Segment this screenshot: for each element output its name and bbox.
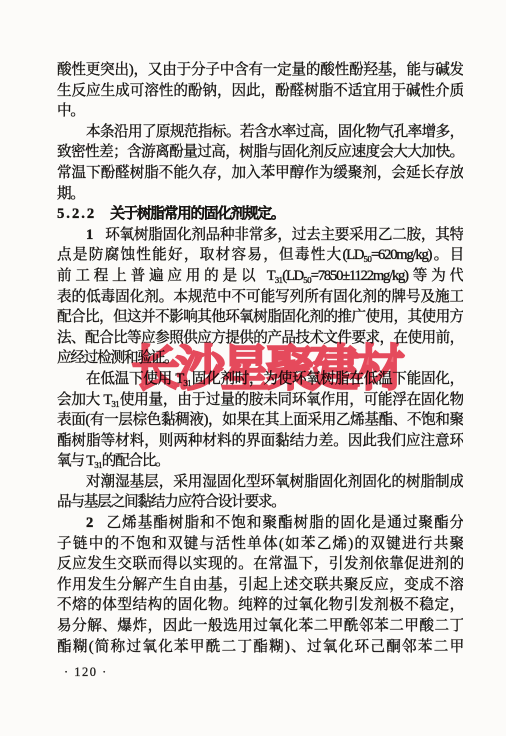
text-line: 中。 xyxy=(57,101,463,122)
text-line: 5.2.2关于树脂常用的固化剂规定。 xyxy=(57,204,463,225)
text-line: 作用发生分解产生自由基，引起上述交联共聚反应，变成不溶 xyxy=(57,575,463,596)
red-watermark: 长沙星聚建材 xyxy=(131,341,401,397)
item-number: 1 xyxy=(86,227,93,243)
text-line: 酸性更突出)，又由于分子中含有一定量的酸性酚羟基，能与碱发 xyxy=(57,60,463,81)
text-line: 常温下酚醛树脂不能久存，加入苯甲醇作为缓聚剂，会延长存放 xyxy=(57,163,463,184)
text-line: 不熔的体型结构的固化物。纯粹的过氧化物引发剂极不稳定， xyxy=(57,595,463,616)
text-line: 2乙烯基酯树脂和不饱和聚酯树脂的固化是通过聚酯分 xyxy=(57,513,463,534)
text-line: 易分解、爆炸，因此一般选用过氧化苯二甲酰邻苯二甲酸二丁 xyxy=(57,616,463,637)
item-number: 2 xyxy=(86,515,93,531)
text-line: 酯糊(简称过氧化苯甲酰二丁酯糊)、过氧化环己酮邻苯二甲 xyxy=(57,637,463,658)
text-line: 表面(有一层棕色黏稠液)，如果在其上面采用乙烯基酯、不饱和聚 xyxy=(57,410,463,431)
scanned-page: 酸性更突出)，又由于分子中含有一定量的酸性酚羟基，能与碱发生反应生成可溶性的酚钠… xyxy=(0,0,506,736)
page-number: · 120 · xyxy=(64,665,108,680)
text-line: 本条沿用了原规范指标。若含水率过高，固化物气孔率增多， xyxy=(57,122,463,143)
text-line: 配合比，但这并不影响其他环氧树脂固化剂的推广使用，其使用方 xyxy=(57,307,463,328)
text-line: 致密性差；含游离酚量过高，树脂与固化剂反应速度会大大加快。 xyxy=(57,142,463,163)
text-line: 1环氧树脂固化剂品种非常多，过去主要采用乙二胺，其特 xyxy=(57,225,463,246)
text-line: 品与基层之间黏结力应符合设计要求。 xyxy=(57,492,463,513)
text-line: 反应发生交联而得以实现的。在常温下，引发剂依靠促进剂的 xyxy=(57,554,463,575)
text-line: 生反应生成可溶性的酚钠，因此，酚醛树脂不适宜用于碱性介质 xyxy=(57,81,463,102)
text-line: 期。 xyxy=(57,184,463,205)
text-line: 表的低毒固化剂。本规范中不可能写列所有固化剂的牌号及施工 xyxy=(57,287,463,308)
text-line: 酯树脂等材料，则两种材料的界面黏结力差。因此我们应注意环 xyxy=(57,431,463,452)
item-number: 5.2.2 xyxy=(57,206,96,222)
text-line: 氧与 T₃₁的配合比。 xyxy=(57,451,463,472)
text-line: 子链中的不饱和双键与活性单体(如苯乙烯)的双键进行共聚 xyxy=(57,534,463,555)
text-line: 对潮湿基层，采用湿固化型环氧树脂固化剂固化的树脂制成 xyxy=(57,472,463,493)
text-line: 点是防腐蚀性能好，取材容易，但毒性大(LD₅₀=620mg/kg)。目 xyxy=(57,245,463,266)
text-line: 前工程上普遍应用的是以 T₃₁(LD₅₀=7850±1122mg/kg)等为代 xyxy=(57,266,463,287)
